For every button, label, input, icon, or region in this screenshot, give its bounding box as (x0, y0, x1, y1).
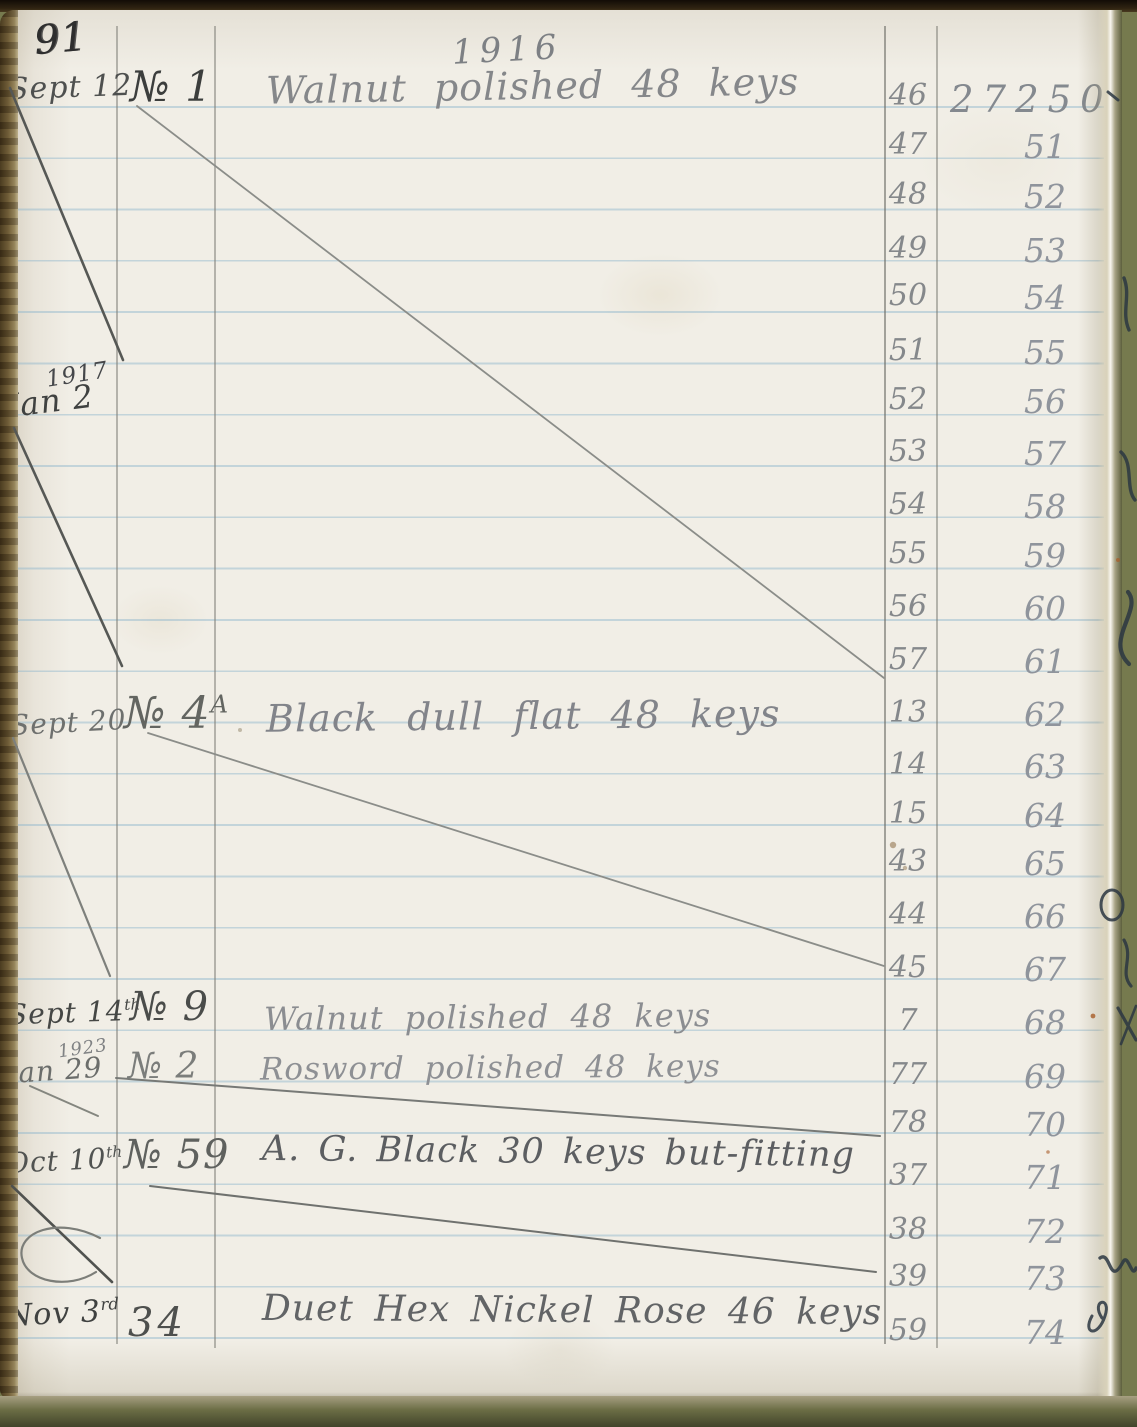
case-number: 43 (880, 844, 936, 879)
ledger-row: 43 65 (0, 844, 1137, 896)
case-number: 49 (880, 231, 936, 266)
ledger-page: 91 1916 Sept 12 № 1 Walnut polished 48 k… (0, 10, 1122, 1398)
ledger-row: 49 53 (0, 231, 1137, 283)
ledger-row: 54 58 (0, 487, 1137, 539)
ledger-row: 13 62 (0, 695, 1137, 747)
case-number: 39 (880, 1259, 936, 1294)
ledger-row: 44 66 (0, 897, 1137, 949)
ledger-row: 53 57 (0, 434, 1137, 486)
case-number: 59 (880, 1313, 936, 1348)
ledger-row: 48 52 (0, 177, 1137, 229)
ledger-row: 56 60 (0, 589, 1137, 641)
ledger-photo: 91 1916 Sept 12 № 1 Walnut polished 48 k… (0, 0, 1137, 1427)
ledger-row: 37 71 (0, 1158, 1137, 1210)
ledger-row: 47 51 (0, 127, 1137, 179)
ledger-row: 51 55 (0, 333, 1137, 385)
case-number: 48 (880, 177, 936, 212)
case-number: 37 (880, 1158, 936, 1193)
case-number: 7 (880, 1003, 936, 1038)
case-number: 56 (880, 589, 936, 624)
ledger-row: 15 64 (0, 796, 1137, 848)
ledger-row: 46 27250 (0, 78, 1137, 130)
case-number: 57 (880, 642, 936, 677)
case-number: 38 (880, 1212, 936, 1247)
ledger-row: 39 73 (0, 1259, 1137, 1311)
case-number: 77 (880, 1057, 936, 1092)
book-binding (0, 10, 18, 1398)
page-curl-edge (1078, 10, 1122, 1398)
ledger-row: 59 74 (0, 1313, 1137, 1365)
case-number: 53 (880, 434, 936, 469)
ledger-row: 78 70 (0, 1105, 1137, 1157)
ledger-row: 38 72 (0, 1212, 1137, 1264)
ledger-row: 7 68 (0, 1003, 1137, 1055)
case-number: 51 (880, 333, 936, 368)
case-number: 15 (880, 796, 936, 831)
case-number: 45 (880, 950, 936, 985)
case-number: 50 (880, 278, 936, 313)
case-number: 44 (880, 897, 936, 932)
ledger-row: 45 67 (0, 950, 1137, 1002)
ledger-row: 57 61 (0, 642, 1137, 694)
case-number: 54 (880, 487, 936, 522)
case-number: 52 (880, 382, 936, 417)
case-number: 78 (880, 1105, 936, 1140)
case-number: 14 (880, 747, 936, 782)
ledger-row: 52 56 (0, 382, 1137, 434)
case-number: 13 (880, 695, 936, 730)
case-number: 47 (880, 127, 936, 162)
book-bottom-edge (0, 1396, 1137, 1427)
ledger-row: 14 63 (0, 747, 1137, 799)
ledger-row: 50 54 (0, 278, 1137, 330)
case-number: 55 (880, 536, 936, 571)
case-number: 46 (880, 78, 936, 113)
page-number: 91 (32, 14, 89, 64)
ledger-row: 55 59 (0, 536, 1137, 588)
ledger-row: 77 69 (0, 1057, 1137, 1109)
